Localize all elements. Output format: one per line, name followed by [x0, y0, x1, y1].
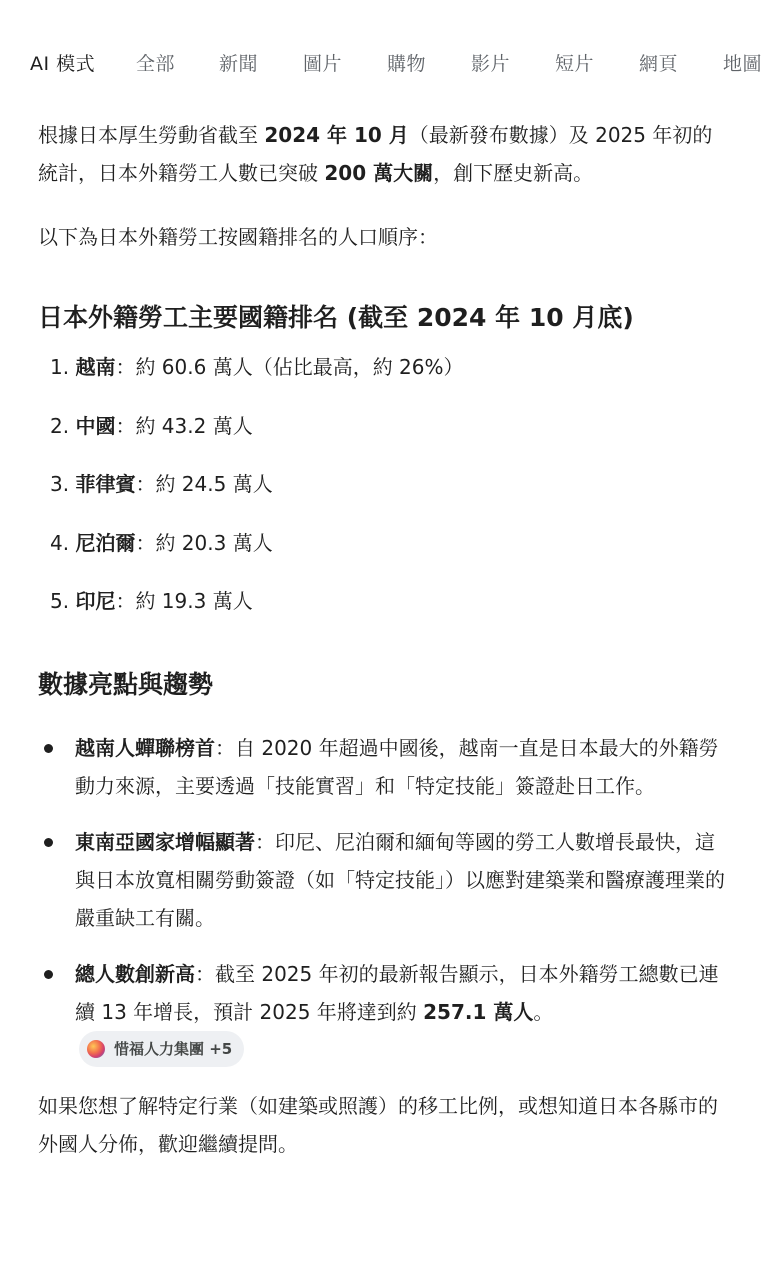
tab-maps[interactable]: 地圖 [723, 48, 762, 80]
highlight-end: 。 [533, 1000, 553, 1024]
highlight-item: 東南亞國家增幅顯著：印尼、尼泊爾和緬甸等國的勞工人數增長最快，這與日本放寬相關勞… [38, 823, 728, 937]
country-value: ：約 60.6 萬人（佔比最高，約 26%） [115, 355, 463, 379]
rank-number: 2. [50, 414, 69, 438]
country-value: ：約 24.5 萬人 [135, 472, 272, 496]
highlight-label: 東南亞國家增幅顯著 [75, 830, 255, 854]
highlight-item: 總人數創新高：截至 2025 年初的最新報告顯示，日本外籍勞工總數已連續 13 … [38, 955, 728, 1070]
ranking-item: 2. 中國：約 43.2 萬人 [38, 411, 728, 470]
tab-images[interactable]: 圖片 [303, 48, 342, 80]
country-name: 尼泊爾 [75, 531, 135, 555]
closing-paragraph: 如果您想了解特定行業（如建築或照護）的移工比例，或想知道日本各縣市的外國人分佈，… [38, 1087, 728, 1163]
rank-number: 5. [50, 589, 69, 613]
bullet-icon [44, 744, 53, 753]
intro-date-bold: 2024 年 10 月 [264, 123, 408, 147]
source-chip[interactable]: 惜福人力集團 +5 [79, 1031, 244, 1067]
tab-shopping[interactable]: 購物 [387, 48, 426, 80]
lead-in-text: 以下為日本外籍勞工按國籍排名的人口順序： [38, 218, 728, 256]
rank-number: 4. [50, 531, 69, 555]
ranking-item: 4. 尼泊爾：約 20.3 萬人 [38, 528, 728, 587]
rank-number: 3. [50, 472, 69, 496]
intro-paragraph: 根據日本厚生勞動省截至 2024 年 10 月（最新發布數據）及 2025 年初… [38, 116, 718, 192]
tab-all[interactable]: 全部 [136, 48, 175, 80]
country-name: 越南 [75, 355, 115, 379]
country-value: ：約 19.3 萬人 [115, 589, 252, 613]
highlights-heading: 數據亮點與趨勢 [38, 667, 728, 703]
ranking-list: 1. 越南：約 60.6 萬人（佔比最高，約 26%） 2. 中國：約 43.2… [38, 352, 728, 645]
source-logo-icon [87, 1040, 105, 1058]
rank-number: 1. [50, 355, 69, 379]
ranking-item: 1. 越南：約 60.6 萬人（佔比最高，約 26%） [38, 352, 728, 411]
country-name: 印尼 [75, 589, 115, 613]
highlight-item: 越南人蟬聯榜首：自 2020 年超過中國後，越南一直是日本最大的外籍勞動力來源，… [38, 729, 728, 805]
intro-text-1: 根據日本厚生勞動省截至 [38, 123, 264, 147]
ranking-item: 5. 印尼：約 19.3 萬人 [38, 586, 728, 645]
intro-milestone-bold: 200 萬大關 [324, 161, 433, 185]
highlight-projection-bold: 257.1 萬人 [423, 1000, 533, 1024]
tab-ai-mode[interactable]: AI 模式 [30, 48, 95, 80]
country-value: ：約 20.3 萬人 [135, 531, 272, 555]
bullet-icon [44, 838, 53, 847]
country-name: 菲律賓 [75, 472, 135, 496]
highlight-label: 總人數創新高 [75, 962, 195, 986]
bullet-icon [44, 970, 53, 979]
search-mode-tabs: AI 模式 全部 新聞 圖片 購物 影片 短片 網頁 地圖 [0, 48, 762, 80]
tab-news[interactable]: 新聞 [219, 48, 258, 80]
ai-answer: 根據日本厚生勞動省截至 2024 年 10 月（最新發布數據）及 2025 年初… [38, 116, 728, 1163]
highlights-list: 越南人蟬聯榜首：自 2020 年超過中國後，越南一直是日本最大的外籍勞動力來源，… [38, 729, 728, 1070]
ranking-heading: 日本外籍勞工主要國籍排名 (截至 2024 年 10 月底) [38, 300, 728, 336]
tab-videos[interactable]: 影片 [471, 48, 510, 80]
highlight-label: 越南人蟬聯榜首 [75, 736, 215, 760]
tab-web[interactable]: 網頁 [639, 48, 678, 80]
tab-short-videos[interactable]: 短片 [555, 48, 594, 80]
source-chip-label: 惜福人力集團 +5 [114, 1030, 232, 1068]
country-value: ：約 43.2 萬人 [115, 414, 252, 438]
ranking-item: 3. 菲律賓：約 24.5 萬人 [38, 469, 728, 528]
intro-text-3: ，創下歷史新高。 [433, 161, 593, 185]
country-name: 中國 [75, 414, 115, 438]
